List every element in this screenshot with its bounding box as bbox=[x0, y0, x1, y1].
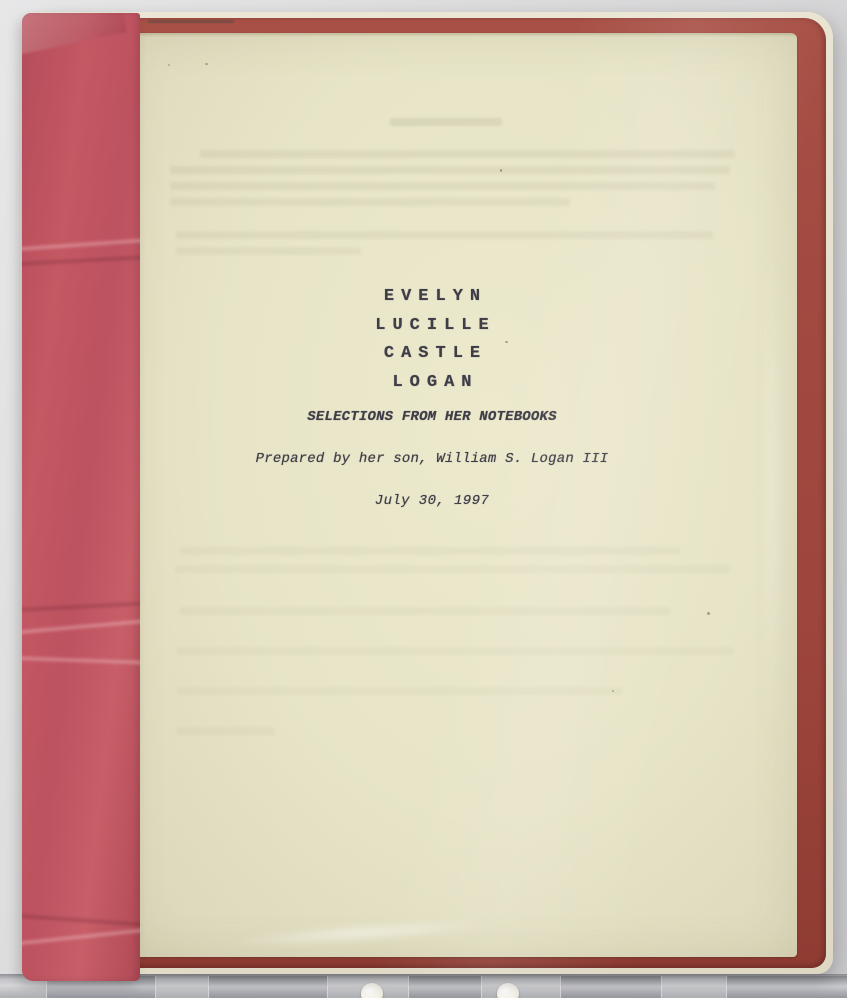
plastic-glare bbox=[759, 213, 785, 773]
spine-crease bbox=[22, 255, 140, 265]
page-edge-shadow bbox=[122, 33, 797, 37]
cover-fold-shadow bbox=[148, 20, 234, 23]
spine-crease bbox=[22, 601, 140, 611]
stand-segment bbox=[208, 976, 328, 998]
spine-crease bbox=[22, 657, 140, 665]
stand-segment bbox=[726, 976, 847, 998]
date-line: July 30, 1997 bbox=[122, 493, 742, 509]
title-line: CASTLE bbox=[122, 340, 742, 369]
spine-fold bbox=[22, 13, 127, 57]
stand-segment bbox=[408, 976, 482, 998]
spine-crease bbox=[22, 914, 140, 927]
plastic-glare bbox=[227, 914, 498, 953]
spine-crease bbox=[22, 928, 140, 946]
photo-background: EVELYN LUCILLE CASTLE LOGAN SELECTIONS F… bbox=[0, 0, 847, 998]
binding-spine bbox=[22, 13, 140, 981]
subtitle: SELECTIONS FROM HER NOTEBOOKS bbox=[122, 409, 742, 425]
stand-ball bbox=[361, 983, 383, 998]
byline: Prepared by her son, William S. Logan II… bbox=[122, 451, 742, 467]
title-block: EVELYN LUCILLE CASTLE LOGAN bbox=[122, 283, 742, 397]
spine-crease bbox=[22, 238, 140, 251]
spine-crease bbox=[22, 619, 140, 634]
title-line: EVELYN bbox=[122, 283, 742, 312]
title-line: LUCILLE bbox=[122, 312, 742, 341]
manuscript-cover: EVELYN LUCILLE CASTLE LOGAN SELECTIONS F… bbox=[30, 12, 833, 974]
stand-segment bbox=[560, 976, 662, 998]
title-line: LOGAN bbox=[122, 369, 742, 398]
stand-ball bbox=[497, 983, 519, 998]
cover-page: EVELYN LUCILLE CASTLE LOGAN SELECTIONS F… bbox=[122, 33, 797, 957]
